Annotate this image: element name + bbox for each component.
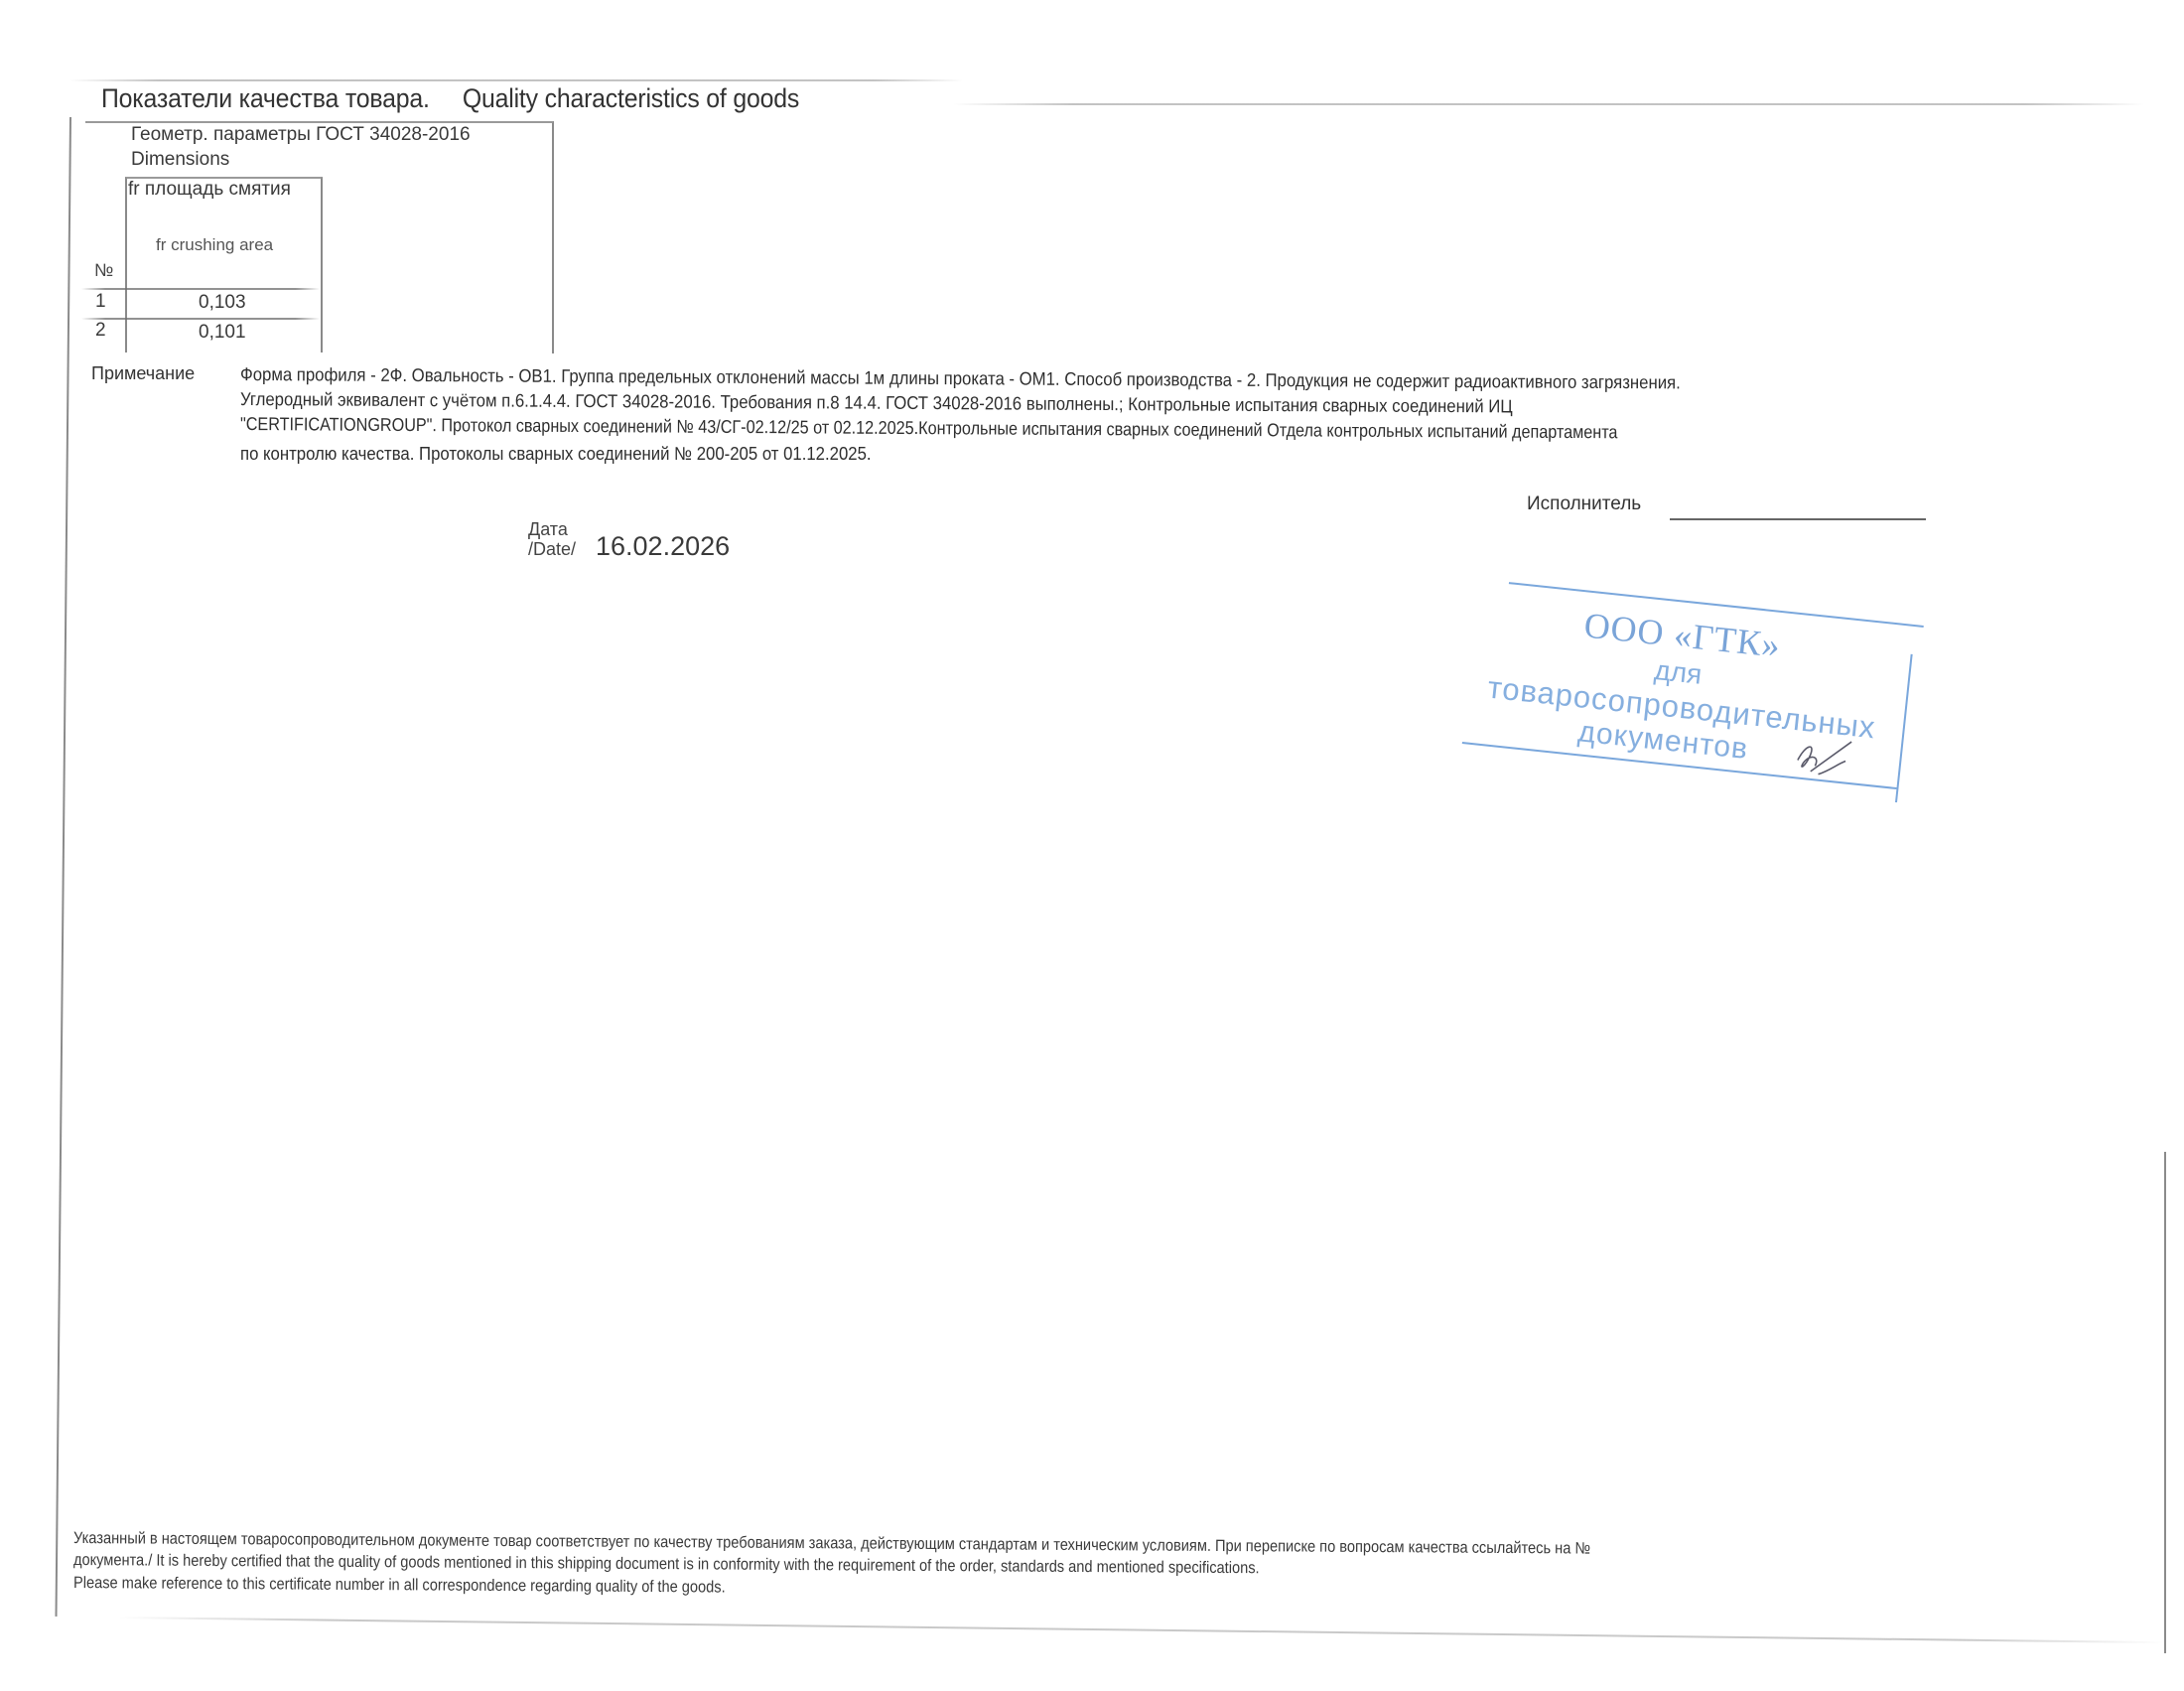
table-group-title-en: Dimensions — [131, 149, 229, 171]
note-line-3: "CERTIFICATIONGROUP". Протокол сварных с… — [240, 413, 1618, 443]
table-row-2-number: 2 — [95, 320, 106, 342]
note-line-2: Углеродный эквивалент с учётом п.6.1.4.4… — [240, 388, 1513, 417]
footer-line-2: документа./ It is hereby certified that … — [73, 1551, 1260, 1578]
note-label: Примечание — [91, 363, 195, 384]
page-bottom-border — [119, 1617, 2164, 1643]
signature-icon — [1788, 730, 1862, 786]
number-column-header: № — [94, 260, 113, 281]
column-header-en: fr crushing area — [156, 235, 273, 255]
date-label: Дата /Date/ — [528, 519, 576, 559]
table-header-divider — [81, 288, 320, 290]
executor-signature-line — [1670, 518, 1926, 520]
date-value: 16.02.2026 — [596, 531, 730, 562]
table-row-2-value: 0,101 — [199, 322, 246, 344]
note-line-4: по контролю качества. Протоколы сварных … — [240, 443, 872, 465]
footer-line-3: Please make reference to this certificat… — [73, 1574, 726, 1598]
title-ru: Показатели качества товара. — [101, 83, 430, 113]
page-left-border — [56, 117, 71, 1617]
page-right-border — [2164, 1152, 2166, 1653]
column-header-ru: fr площадь смятия — [128, 179, 291, 201]
top-rule-right — [953, 103, 2144, 105]
executor-label: Исполнитель — [1527, 493, 1641, 515]
top-rule-left — [69, 79, 963, 81]
stamp-border — [1895, 654, 1913, 802]
table-group-title-ru: Геометр. параметры ГОСТ 34028-2016 — [131, 124, 471, 146]
date-label-ru: Дата — [528, 519, 576, 539]
stamp-line-2: для — [1653, 654, 1704, 691]
page-title: Показатели качества товара.Quality chara… — [101, 83, 799, 114]
company-stamp: ООО «ГТК» для товаросопроводительных док… — [1471, 580, 1914, 794]
date-label-en: /Date/ — [528, 539, 576, 559]
table-row-1-number: 1 — [95, 291, 106, 313]
title-en: Quality characteristics of goods — [463, 83, 799, 113]
table-row-1-value: 0,103 — [199, 292, 246, 314]
table-row-divider — [81, 318, 320, 320]
